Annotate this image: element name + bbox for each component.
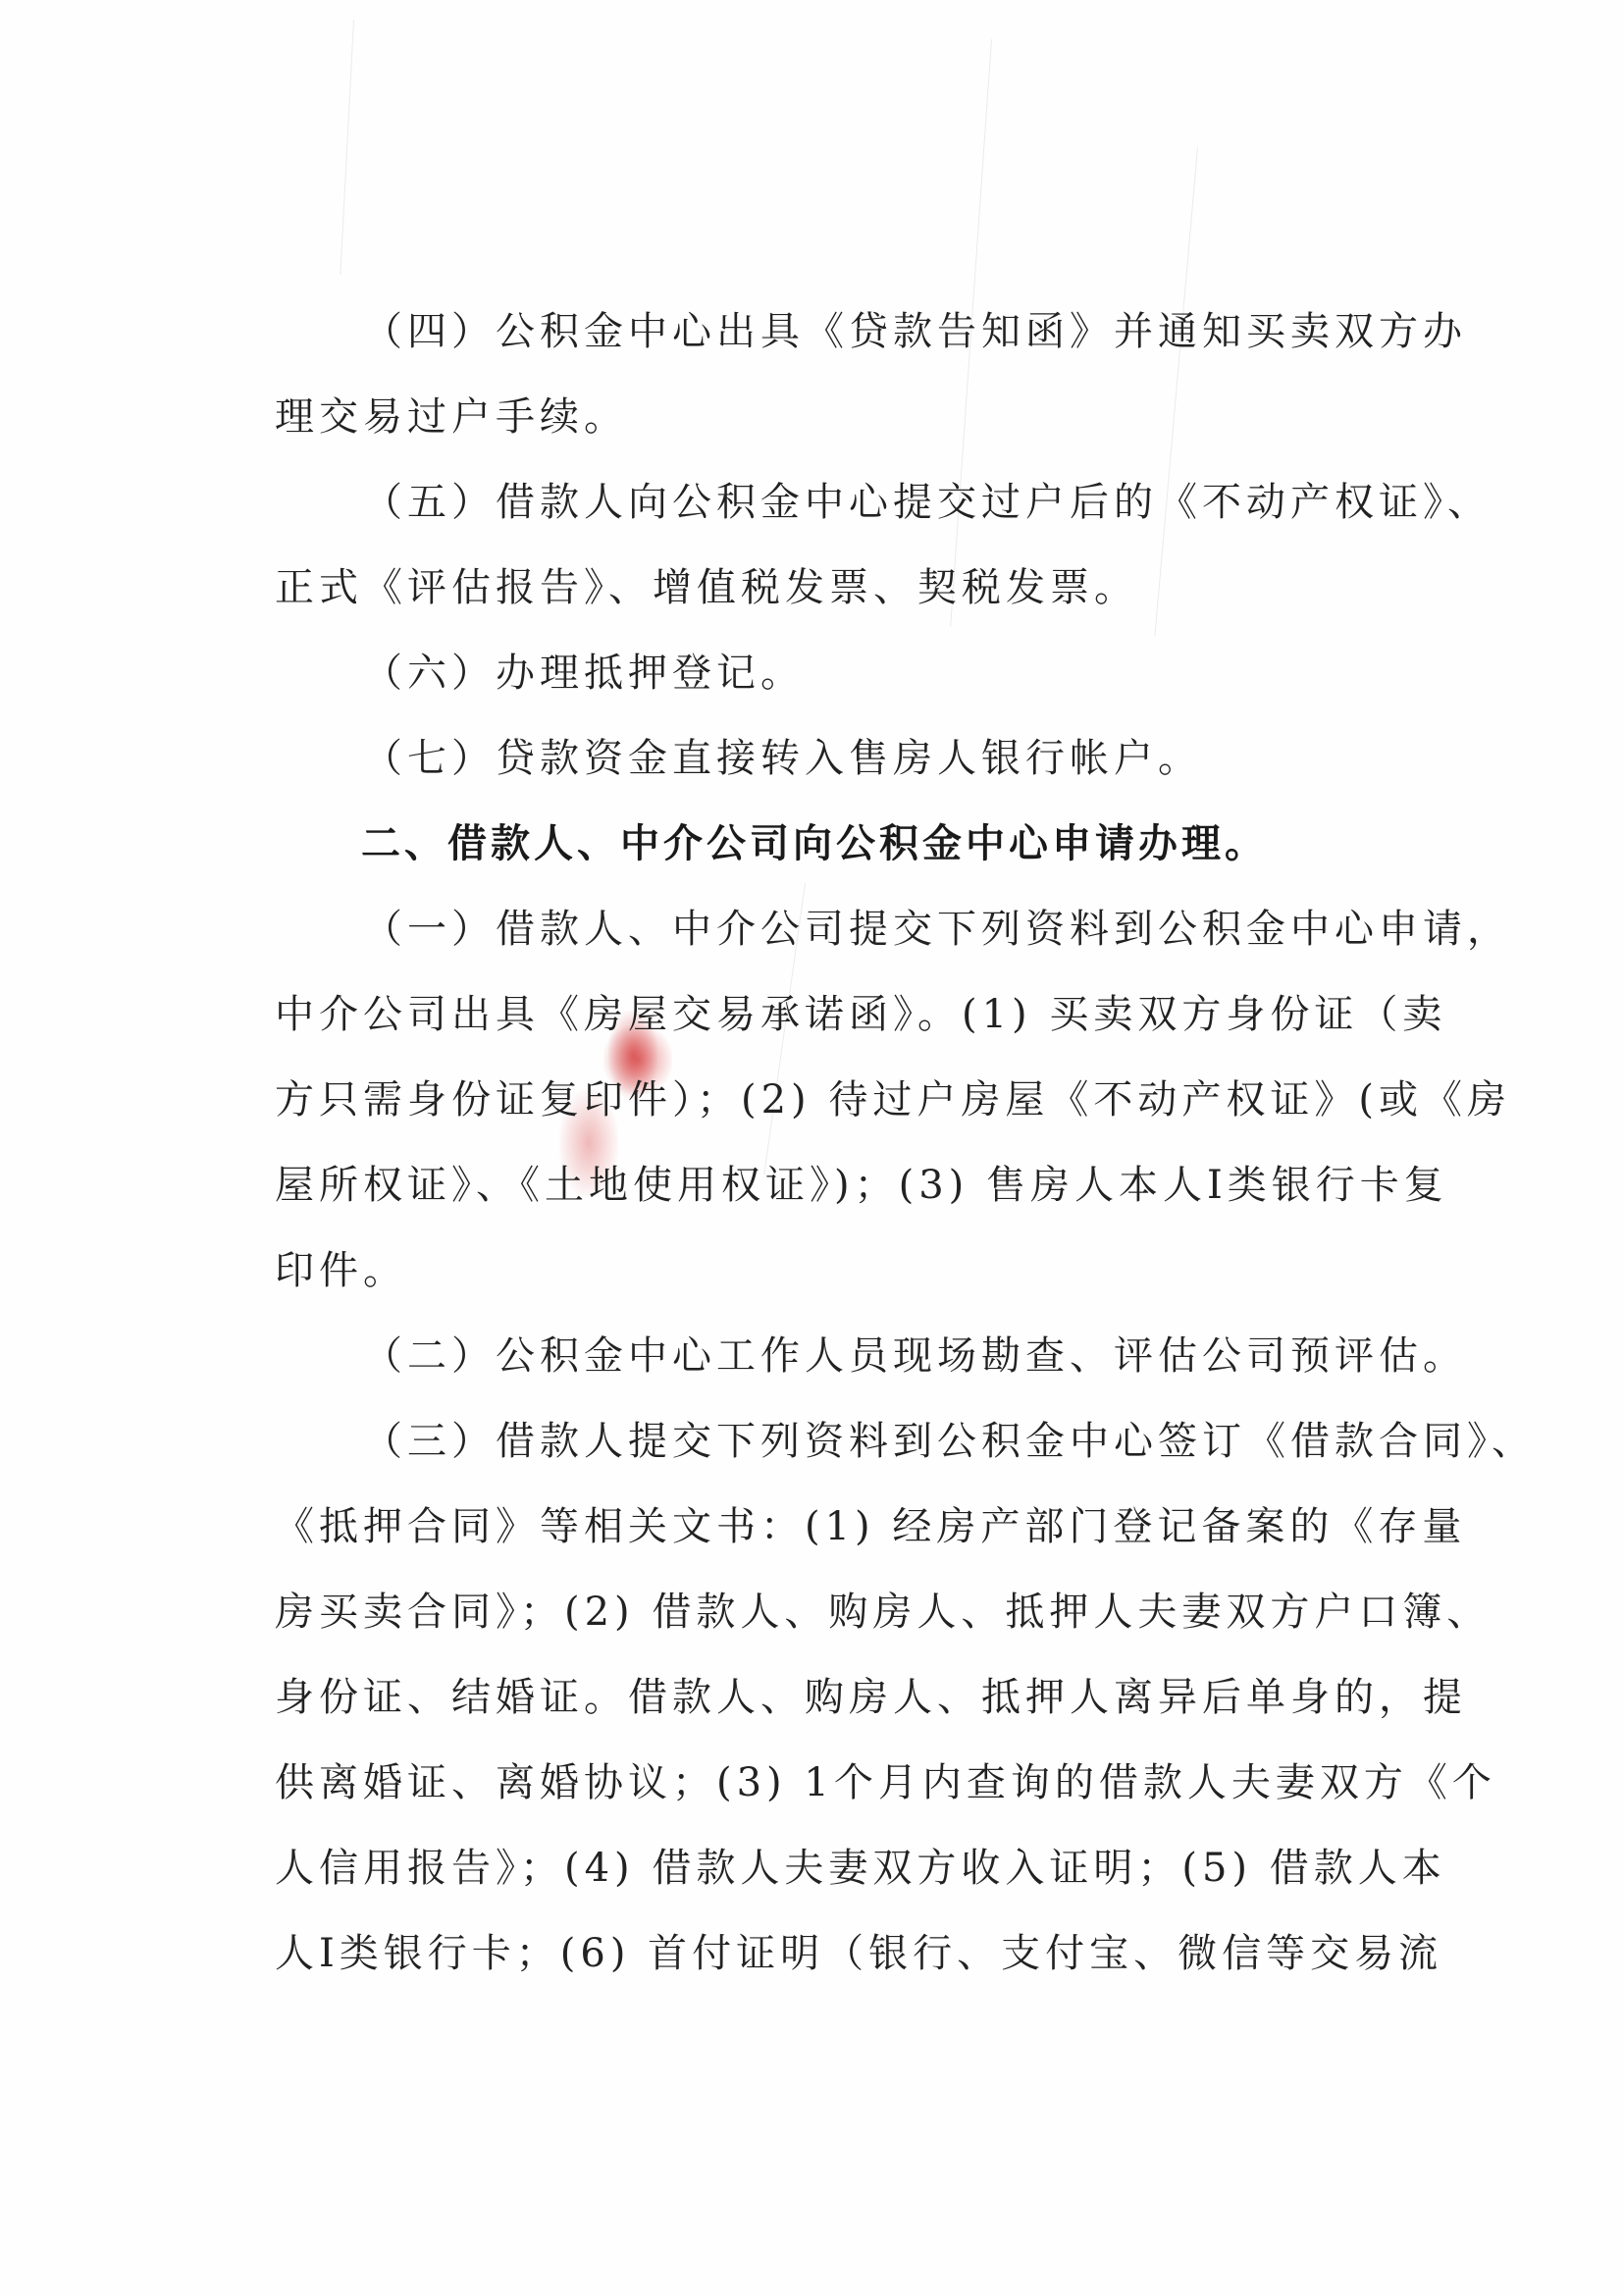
paragraph-s2-step-1-line-3: 方只需身份证复印件）；(2) 待过户房屋《不动产权证》(或《房 (275, 1072, 1398, 1158)
paragraph-s2-step-3-line-5: 供离婚证、离婚协议；(3) 1个月内查询的借款人夫妻双方《个 (275, 1755, 1398, 1841)
paragraph-s2-step-1-line-1: （一）借款人、中介公司提交下列资料到公积金中心申请， (275, 902, 1398, 987)
paragraph-s2-step-1-line-2: 中介公司出具《房屋交易承诺函》。(1) 买卖双方身份证（卖 (275, 987, 1398, 1072)
scan-streak (340, 20, 354, 275)
paragraph-s2-step-3-line-6: 人信用报告》；(4) 借款人夫妻双方收入证明；(5) 借款人本 (275, 1841, 1398, 1926)
paragraph-s2-step-3-line-2: 《抵押合同》等相关文书：(1) 经房产部门登记备案的《存量 (275, 1499, 1398, 1585)
paragraph-step-6-line-1: （六）办理抵押登记。 (275, 646, 1398, 731)
paragraph-step-4-line-2: 理交易过户手续。 (275, 390, 1398, 475)
paragraph-step-4-line-1: （四）公积金中心出具《贷款告知函》并通知买卖双方办 (275, 304, 1398, 390)
scanned-document-page: （四）公积金中心出具《贷款告知函》并通知买卖双方办 理交易过户手续。 （五）借款… (0, 0, 1623, 2296)
paragraph-s2-step-2-line-1: （二）公积金中心工作人员现场勘查、评估公司预评估。 (275, 1329, 1398, 1414)
paragraph-step-7-line-1: （七）贷款资金直接转入售房人银行帐户。 (275, 731, 1398, 816)
document-body: （四）公积金中心出具《贷款告知函》并通知买卖双方办 理交易过户手续。 （五）借款… (275, 304, 1398, 2011)
paragraph-s2-step-3-line-3: 房买卖合同》；(2) 借款人、购房人、抵押人夫妻双方户口簿、 (275, 1585, 1398, 1670)
paragraph-step-5-line-2: 正式《评估报告》、增值税发票、契税发票。 (275, 560, 1398, 646)
section-heading-2: 二、借款人、中介公司向公积金中心申请办理。 (275, 816, 1398, 902)
paragraph-s2-step-3-line-1: （三）借款人提交下列资料到公积金中心签订《借款合同》、 (275, 1414, 1398, 1499)
paragraph-s2-step-1-line-5: 印件。 (275, 1243, 1398, 1329)
paragraph-step-5-line-1: （五）借款人向公积金中心提交过户后的《不动产权证》、 (275, 475, 1398, 560)
paragraph-s2-step-3-line-4: 身份证、结婚证。借款人、购房人、抵押人离异后单身的，提 (275, 1670, 1398, 1755)
paragraph-s2-step-1-line-4: 屋所权证》、《土地使用权证》)；(3) 售房人本人Ⅰ类银行卡复 (275, 1158, 1398, 1243)
paragraph-s2-step-3-line-7: 人Ⅰ类银行卡；(6) 首付证明（银行、支付宝、微信等交易流 (275, 1926, 1398, 2011)
